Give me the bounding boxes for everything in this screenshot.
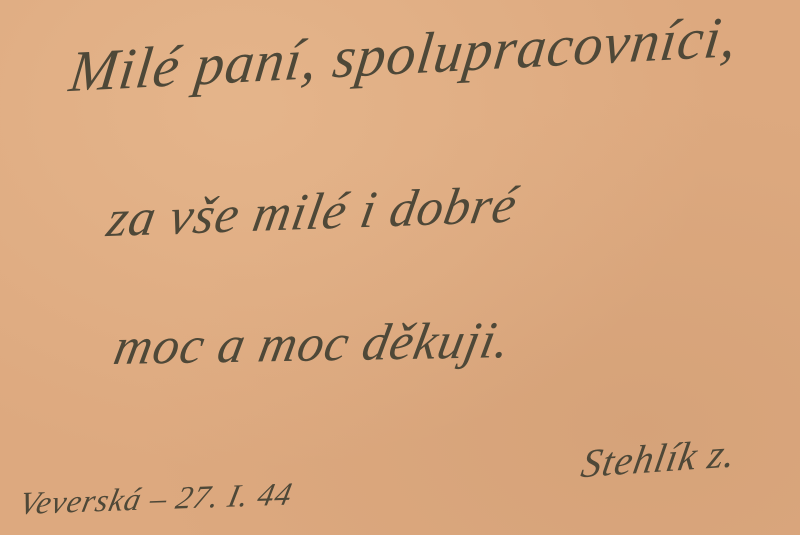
greeting-line: Milé paní, spolupracovníci, bbox=[66, 3, 742, 105]
signature: Stehlík z. bbox=[578, 429, 740, 487]
body-line-2: moc a moc děkuji. bbox=[109, 311, 516, 377]
body-line-1: za vše milé i dobré bbox=[103, 176, 522, 250]
place-and-date: Veverská – 27. I. 44 bbox=[16, 475, 296, 522]
handwritten-card: Milé paní, spolupracovníci, za vše milé … bbox=[0, 0, 800, 535]
